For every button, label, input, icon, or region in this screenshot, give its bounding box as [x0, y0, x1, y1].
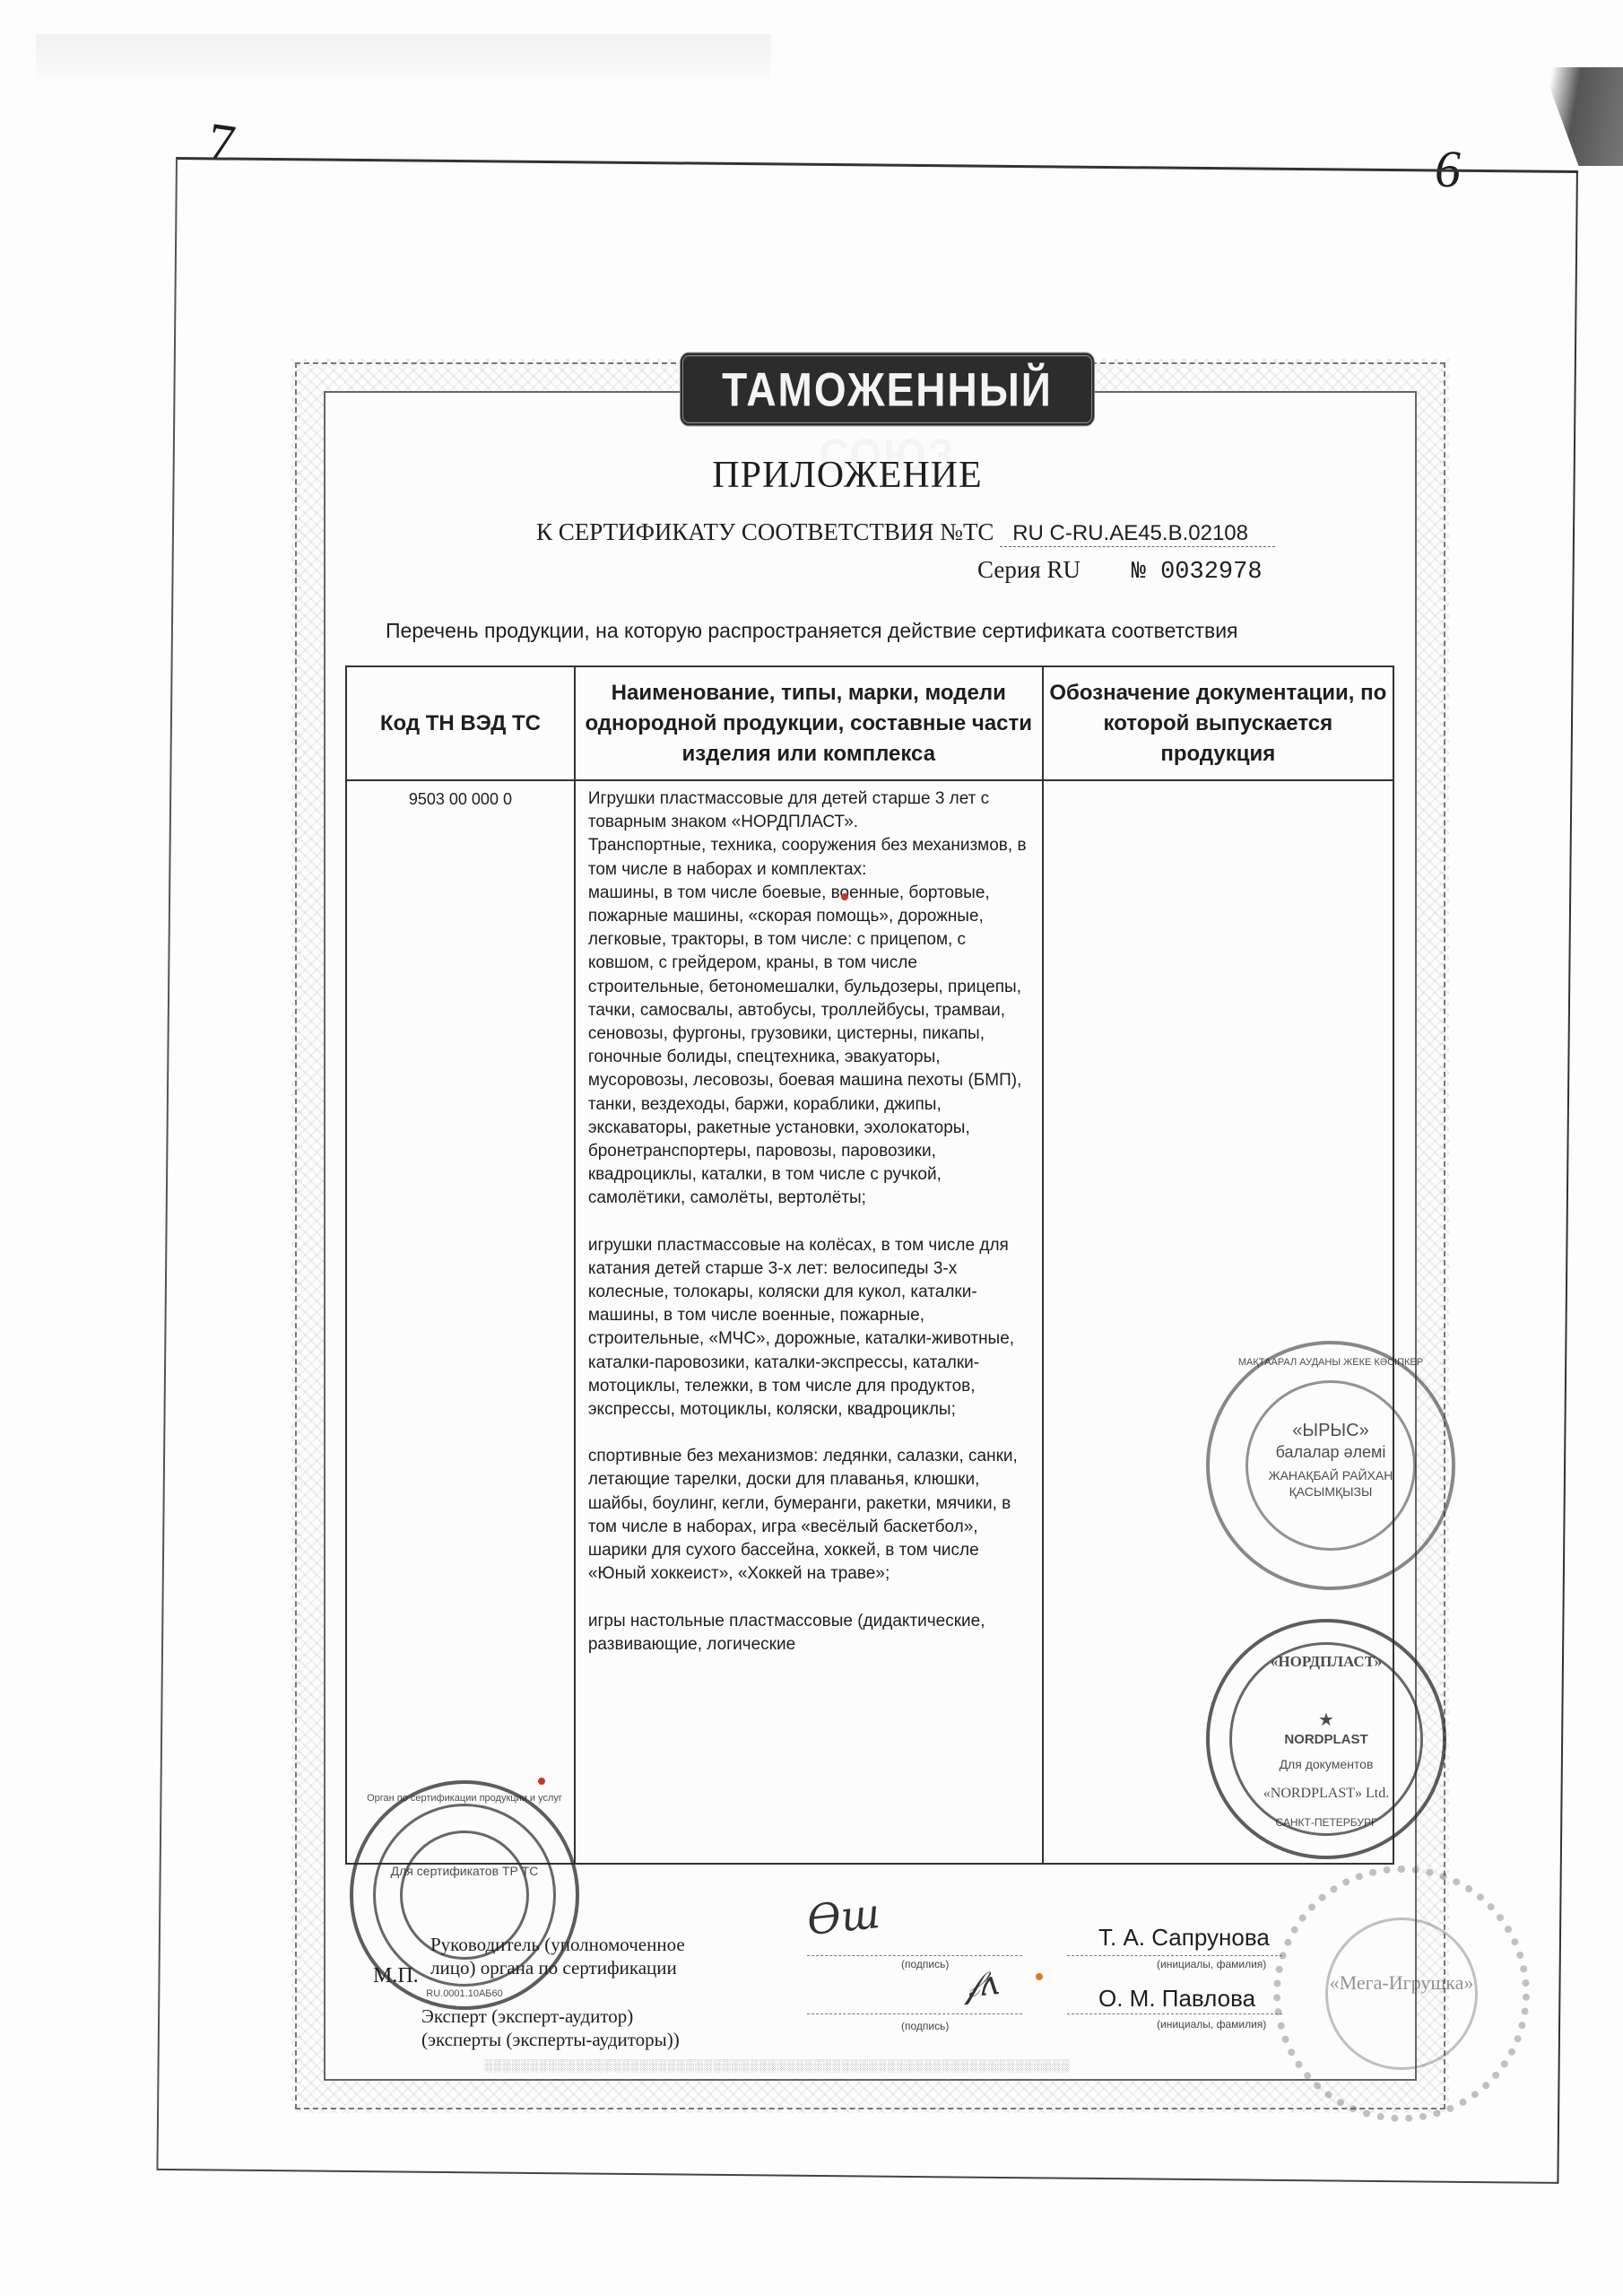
head-signature: Ѳш [804, 1889, 881, 1944]
scan-corner-shadow [1542, 67, 1623, 166]
paragraph-gap [588, 1422, 1033, 1445]
description-paragraph: игрушки пластмассовые на колёсах, в том … [588, 1234, 1033, 1422]
series-line: Серия RU № 0032978 [977, 556, 1263, 586]
customs-union-banner: ТАМОЖЕННЫЙ СОЮЗ [680, 352, 1095, 427]
mega-toy-stamp: «Мега-Игрушка» [1273, 1865, 1530, 2122]
certification-stamp-number: RU.0001.10АБ60 [353, 1988, 576, 1999]
kz-stamp-owner-2: ҚАСЫМҚЫЗЫ [1210, 1484, 1452, 1499]
head-signature-caption: (подпись) [901, 1958, 949, 1970]
description-paragraph: машины, в том числе боевые, военные, бор… [588, 882, 1033, 1211]
certificate-prefix: К СЕРТИФИКАТУ СООТВЕТСТВИЯ №ТС [536, 518, 994, 545]
nordplast-stamp-name-ru: «НОРДПЛАСТ» [1210, 1653, 1443, 1671]
printing-footer: ░░░░░░░░░░░░░░░░░░░░░░░░░░░░░░░░░░░░░░░░… [484, 2058, 1291, 2073]
header-documentation: Обозначение документации, по которой вып… [1043, 666, 1393, 780]
expert-signature-caption: (подпись) [901, 2020, 949, 2032]
product-description: Игрушки пластмассовые для детей старше 3… [588, 787, 1033, 1657]
kazakh-seller-stamp: «ЫРЫС» балалар әлемі ЖАНАҚБАЙ РАЙХАН ҚАС… [1206, 1341, 1455, 1590]
head-name-line [1067, 1955, 1282, 1956]
nordplast-stamp-city: САНКТ-ПЕТЕРБУРГ [1210, 1816, 1443, 1829]
expert-signature-line [807, 2013, 1022, 2014]
product-description-cell: Игрушки пластмассовые для детей старше 3… [575, 780, 1043, 1864]
nordplast-stamp-logo: NORDPLAST [1210, 1732, 1443, 1747]
paragraph-gap [588, 1211, 1033, 1234]
head-name-caption: (инициалы, фамилия) [1157, 1958, 1266, 1970]
description-paragraph: Транспортные, техника, сооружения без ме… [588, 834, 1033, 881]
nordplast-stamp-center: Для документов [1210, 1757, 1443, 1771]
ink-spot [1036, 1973, 1043, 1980]
expert-name-caption: (инициалы, фамилия) [1157, 2018, 1266, 2031]
certification-body-stamp: Для сертификатов ТР ТС Орган по сертифик… [350, 1780, 579, 2010]
head-name: Т. А. Сапрунова [1098, 1924, 1270, 1952]
series-number: № 0032978 [1132, 559, 1263, 586]
header-hs-code: Код ТН ВЭД ТС [346, 666, 575, 780]
mega-stamp-center: «Мега-Игрушка» [1280, 1971, 1523, 1995]
certificate-number-line: К СЕРТИФИКАТУ СООТВЕТСТВИЯ №ТС RU C-RU.A… [536, 518, 1275, 547]
description-paragraph: Игрушки пластмассовые для детей старше 3… [588, 787, 1033, 834]
document-title: ПРИЛОЖЕНИЕ [0, 454, 1623, 497]
description-paragraph: игры настольные пластмассовые (дидактиче… [588, 1610, 1033, 1657]
paragraph-gap [588, 1587, 1033, 1610]
hs-code-cell: 9503 00 000 0 [346, 780, 575, 1864]
kz-stamp-subtitle: балалар әлемі [1210, 1443, 1452, 1462]
product-list-title: Перечень продукции, на которую распростр… [386, 619, 1238, 643]
head-signature-line [807, 1955, 1022, 1956]
description-paragraph: спортивные без механизмов: ледянки, сала… [588, 1445, 1033, 1586]
certificate-number: RU C-RU.AE45.B.02108 [1000, 521, 1275, 547]
certification-stamp-outer: Орган по сертификации продукции и услуг [353, 1793, 576, 1804]
nordplast-stamp: «НОРДПЛАСТ» ★ NORDPLAST Для документов «… [1206, 1619, 1446, 1859]
expert-signature: 𝒻ʌ [962, 1962, 1001, 2006]
expert-name: О. М. Павлова [1098, 1985, 1255, 2013]
scan-shade [36, 34, 771, 79]
kz-stamp-name: «ЫРЫС» [1210, 1421, 1452, 1441]
ink-spot [538, 1778, 545, 1785]
kz-stamp-outer: МАҚТААРАЛ АУДАНЫ ЖЕКЕ КӘСІПКЕР [1210, 1357, 1452, 1368]
table-header-row: Код ТН ВЭД ТС Наименование, типы, марки,… [346, 666, 1393, 780]
certification-stamp-center: Для сертификатов ТР ТС [353, 1863, 576, 1879]
nordplast-stamp-name-en: «NORDPLAST» Ltd. [1210, 1786, 1443, 1802]
kz-stamp-owner-1: ЖАНАҚБАЙ РАЙХАН [1210, 1468, 1452, 1483]
nordplast-star-icon: ★ [1210, 1709, 1443, 1731]
ink-spot [841, 893, 848, 900]
expert-role-line2: (эксперты (эксперты-аудиторы)) [421, 2029, 680, 2051]
header-product-name: Наименование, типы, марки, модели одноро… [575, 666, 1043, 780]
series-label: Серия RU [977, 556, 1081, 583]
expert-name-line [1067, 2013, 1282, 2014]
